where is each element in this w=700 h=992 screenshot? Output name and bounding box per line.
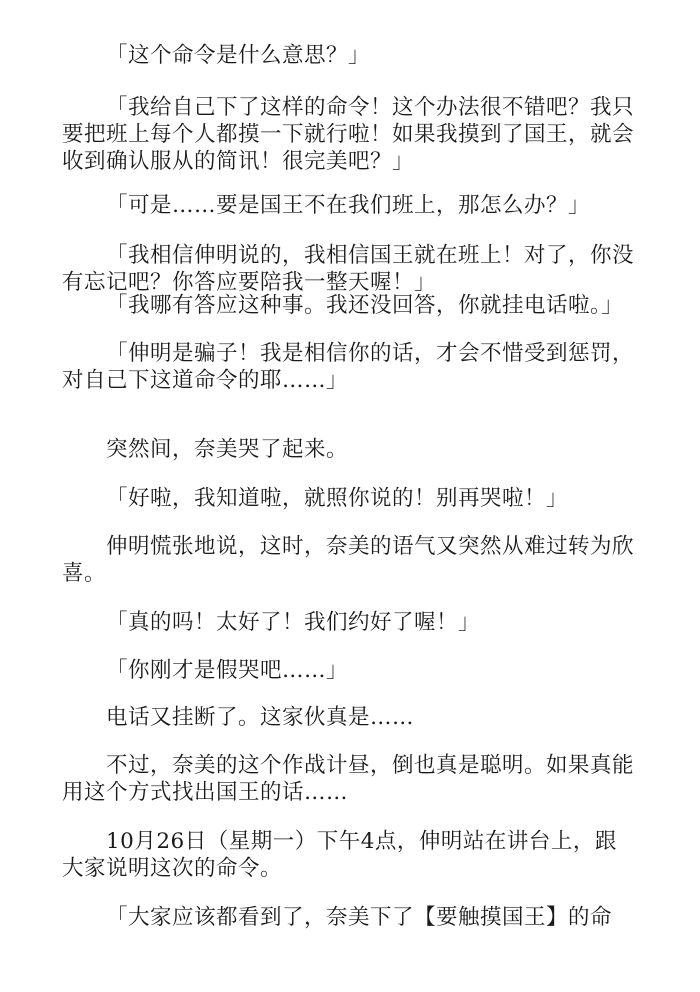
paragraph-11: 「你刚才是假哭吧……」: [62, 657, 634, 684]
paragraph-4: 「我相信伸明说的，我相信国王就在班上！对了，你没有忘记吧？你答应要陪我一整天喔！…: [62, 242, 634, 296]
paragraph-14: 10月26日（星期一）下午4点，伸明站在讲台上，跟大家说明这次的命令。: [62, 828, 634, 882]
paragraph-12: 电话又挂断了。这家伙真是……: [62, 704, 634, 731]
paragraph-8: 「好啦，我知道啦，就照你说的！别再哭啦！」: [62, 485, 634, 512]
paragraph-5: 「我哪有答应这种事。我还没回答，你就挂电话啦。」: [62, 292, 634, 319]
paragraph-9: 伸明慌张地说，这时，奈美的语气又突然从难过转为欣喜。: [62, 533, 634, 587]
paragraph-3: 「可是……要是国王不在我们班上，那怎么办？」: [62, 192, 634, 219]
paragraph-6: 「伸明是骗子！我是相信你的话，才会不惜受到惩罚，对自己下这道命令的耶……」: [62, 340, 634, 394]
paragraph-2: 「我给自己下了这样的命令！这个办法很不错吧？我只要把班上每个人都摸一下就行啦！如…: [62, 94, 634, 175]
paragraph-7: 突然间，奈美哭了起来。: [62, 436, 634, 463]
paragraph-10: 「真的吗！太好了！我们约好了喔！」: [62, 609, 634, 636]
paragraph-15: 「大家应该都看到了，奈美下了【要触摸国王】的命: [62, 904, 634, 931]
paragraph-13: 不过，奈美的这个作战计昼，倒也真是聪明。如果真能用这个方式找出国王的话……: [62, 752, 634, 806]
paragraph-1: 「这个命令是什么意思？」: [62, 42, 634, 69]
